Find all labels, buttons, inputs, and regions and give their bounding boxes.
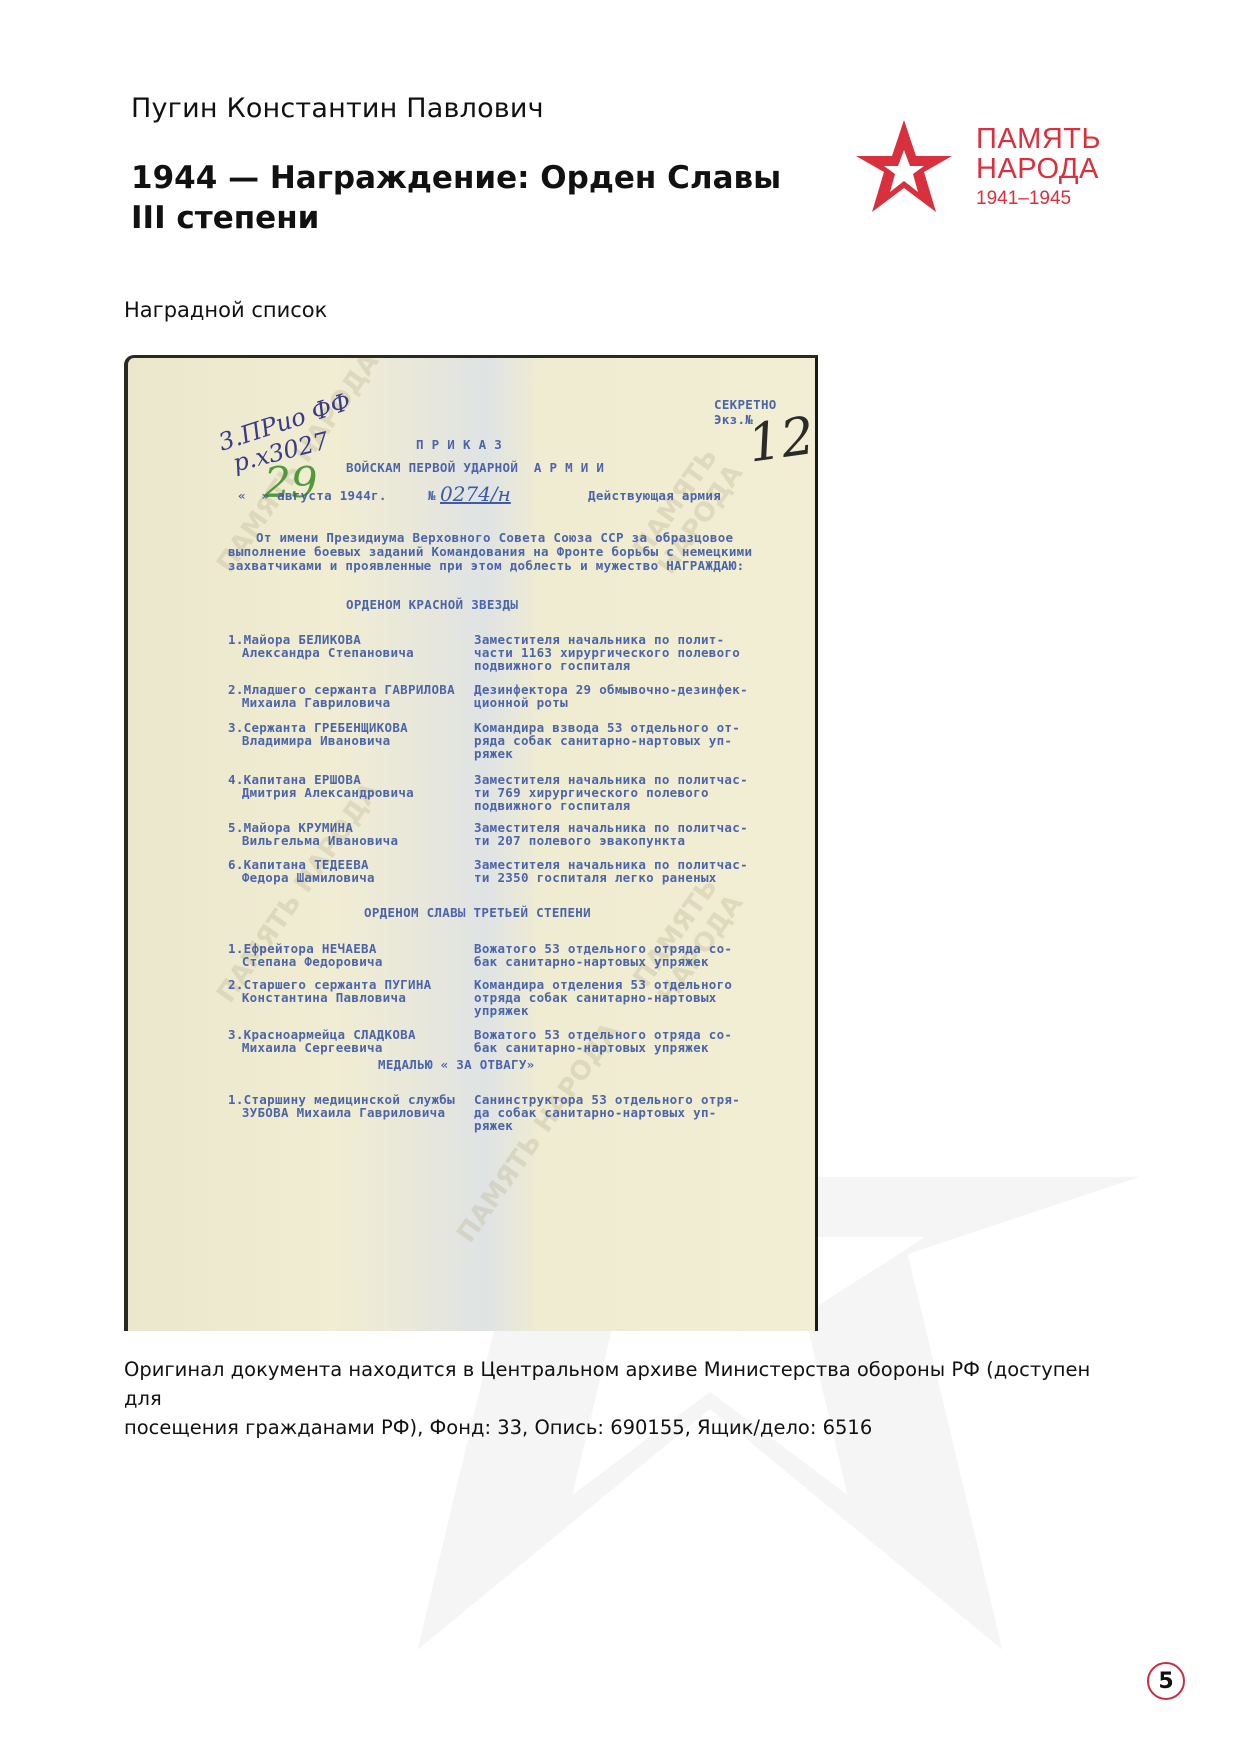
preamble-line: выполнение боевых заданий Командования н… (228, 545, 752, 559)
awardee-name-line: Степана Федоровича (234, 955, 383, 969)
caption-line-1: Оригинал документа находится в Центральн… (124, 1355, 1124, 1413)
pamyat-naroda-logo: ПАМЯТЬ НАРОДА 1941–1945 (852, 116, 1122, 226)
awardee-position-line: ряжек (474, 747, 513, 761)
secret-stamp: СЕКРЕТНО (714, 398, 777, 412)
awardee-position-line: подвижного госпиталя (474, 659, 631, 673)
order-title: П Р И К А З (416, 438, 502, 452)
logo-line-1: ПАМЯТЬ (976, 124, 1101, 154)
preamble-line: От имени Президиума Верховного Совета Со… (256, 531, 733, 545)
award-section-heading: ОРДЕНОМ КРАСНОЙ ЗВЕЗДЫ (346, 598, 518, 612)
page-title: 1944 — Награждение: Орден Славы III степ… (131, 158, 851, 238)
logo-line-2: НАРОДА (976, 154, 1101, 184)
caption-line-2: посещения гражданами РФ), Фонд: 33, Опис… (124, 1413, 1124, 1442)
awardee-name-line: Владимира Ивановича (234, 734, 391, 748)
awardee-name-line: ЗУБОВА Михаила Гавриловича (234, 1106, 445, 1120)
document-type-label: Наградной список (124, 298, 327, 322)
award-document-scan: ПАМЯТЬ НАРОДА ПАМЯТЬ НАРОДА ПАМЯТЬ НАРОД… (124, 355, 818, 1331)
awardee-position-line: ти 2350 госпиталя легко раненых (474, 871, 717, 885)
preamble-line: захватчиками и проявленные при этом добл… (228, 559, 745, 573)
awardee-position-line: ти 207 полевого эвакопункта (474, 834, 685, 848)
awardee-name-line: Дмитрия Александровича (234, 786, 414, 800)
person-name: Пугин Константин Павлович (131, 93, 544, 124)
awardee-name-line: Константина Павловича (234, 991, 406, 1005)
award-section-heading: МЕДАЛЬЮ « ЗА ОТВАГУ» (378, 1058, 535, 1072)
awardee-position-line: бак санитарно-нартовых упряжек (474, 955, 709, 969)
awardee-position-line: подвижного госпиталя (474, 799, 631, 813)
award-title-line-2: III степени (131, 198, 851, 238)
awardee-position-line: бак санитарно-нартовых упряжек (474, 1041, 709, 1055)
awardee-name-line: Вильгельма Ивановича (234, 834, 398, 848)
page-number: 5 (1147, 1662, 1185, 1700)
awardee-position-line: ционной роты (474, 696, 568, 710)
order-number: 0274/н (440, 482, 511, 506)
order-subtitle: ВОЙСКАМ ПЕРВОЙ УДАРНОЙ А Р М И И (346, 461, 604, 475)
awardee-name-line: Александра Степановича (234, 646, 414, 660)
awardee-name-line: Михаила Сергеевича (234, 1041, 383, 1055)
order-number-prefix: № (428, 489, 436, 503)
red-star-icon (852, 116, 956, 220)
scan-watermark: ПАМЯТЬ НАРОДА (211, 778, 385, 1009)
order-date: « » августа 1944г. (238, 489, 387, 503)
awardee-name-line: Михаила Гавриловича (234, 696, 391, 710)
award-section-heading: ОРДЕНОМ СЛАВЫ ТРЕТЬЕЙ СТЕПЕНИ (364, 906, 591, 920)
awardee-position-line: упряжек (474, 1004, 529, 1018)
awardee-name-line: Федора Шамиловича (234, 871, 375, 885)
order-location: Действующая армия (588, 489, 721, 503)
awardee-position-line: ряжек (474, 1119, 513, 1133)
logo-years: 1941–1945 (976, 186, 1101, 212)
archive-source-caption: Оригинал документа находится в Центральн… (124, 1355, 1124, 1442)
award-title-line-1: 1944 — Награждение: Орден Славы (131, 158, 851, 198)
